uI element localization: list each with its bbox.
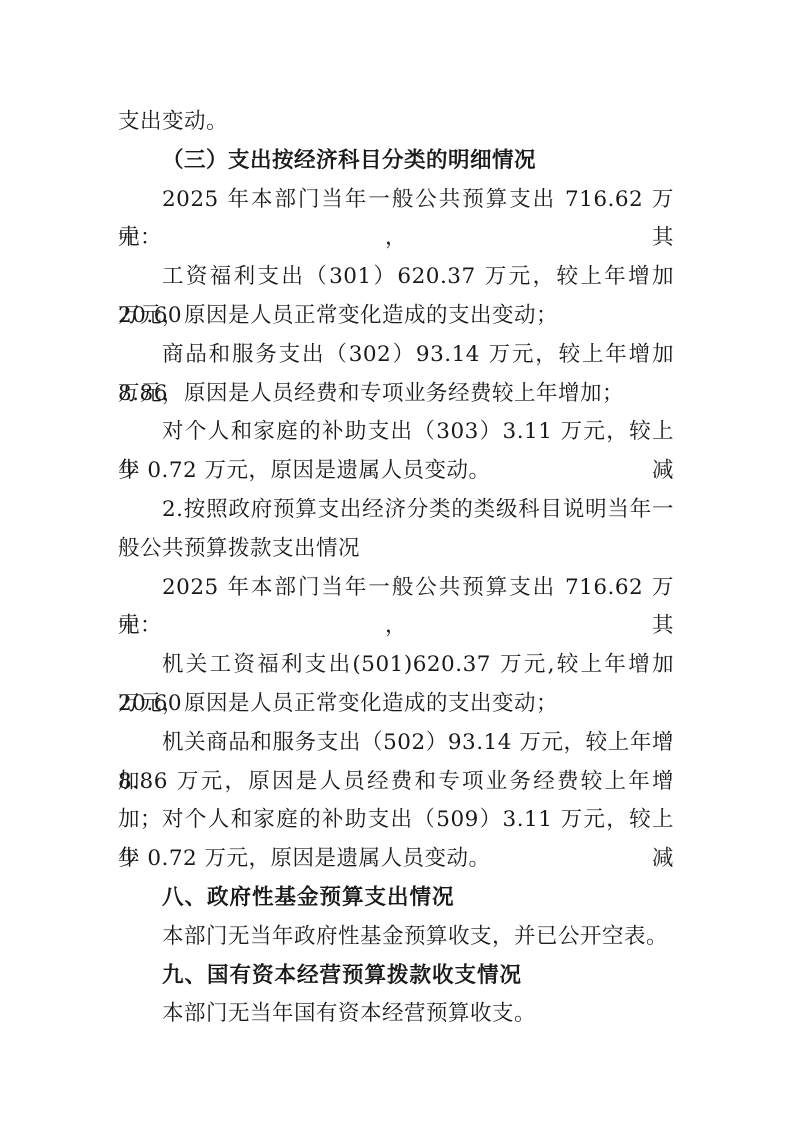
text-line: 机关商品和服务支出（502）93.14 万元，较上年增加 bbox=[118, 724, 674, 763]
text-line: 8.86 万元，原因是人员经费和专项业务经费较上年增加； bbox=[118, 763, 674, 802]
text-line: 对个人和家庭的补助支出（509）3.11 万元，较上年减 bbox=[118, 801, 674, 840]
document-body: 支出变动。（三）支出按经济科目分类的明细情况2025 年本部门当年一般公共预算支… bbox=[118, 103, 674, 1034]
text-line: 2025 年本部门当年一般公共预算支出 716.62 万元，其 bbox=[118, 181, 674, 220]
text-line: 对个人和家庭的补助支出（303）3.11 万元，较上年减 bbox=[118, 413, 674, 452]
text-line: 万元，原因是人员经费和专项业务经费较上年增加； bbox=[118, 375, 674, 414]
section-heading: （三）支出按经济科目分类的明细情况 bbox=[118, 142, 674, 181]
text-line: 本部门无当年国有资本经营预算收支。 bbox=[118, 995, 674, 1034]
section-heading: 九、国有资本经营预算拨款收支情况 bbox=[118, 957, 674, 996]
text-line: 商品和服务支出（302）93.14 万元，较上年增加 8.86 bbox=[118, 336, 674, 375]
text-line: 工资福利支出（301）620.37 万元，较上年增加 20.60 bbox=[118, 258, 674, 297]
text-line: 本部门无当年政府性基金预算收支，并已公开空表。 bbox=[118, 918, 674, 957]
text-line: 机关工资福利支出(501)620.37 万元,较上年增加 20.60 bbox=[118, 646, 674, 685]
document-page: 支出变动。（三）支出按经济科目分类的明细情况2025 年本部门当年一般公共预算支… bbox=[0, 0, 793, 1122]
text-line: 2.按照政府预算支出经济分类的类级科目说明当年一 bbox=[118, 491, 674, 530]
text-line: 般公共预算拨款支出情况 bbox=[118, 530, 674, 569]
text-line: 2025 年本部门当年一般公共预算支出 716.62 万元，其 bbox=[118, 569, 674, 608]
section-heading: 八、政府性基金预算支出情况 bbox=[118, 879, 674, 918]
text-line: 万元，原因是人员正常变化造成的支出变动； bbox=[118, 297, 674, 336]
text-line: 支出变动。 bbox=[118, 103, 674, 142]
text-line: 万元，原因是人员正常变化造成的支出变动； bbox=[118, 685, 674, 724]
